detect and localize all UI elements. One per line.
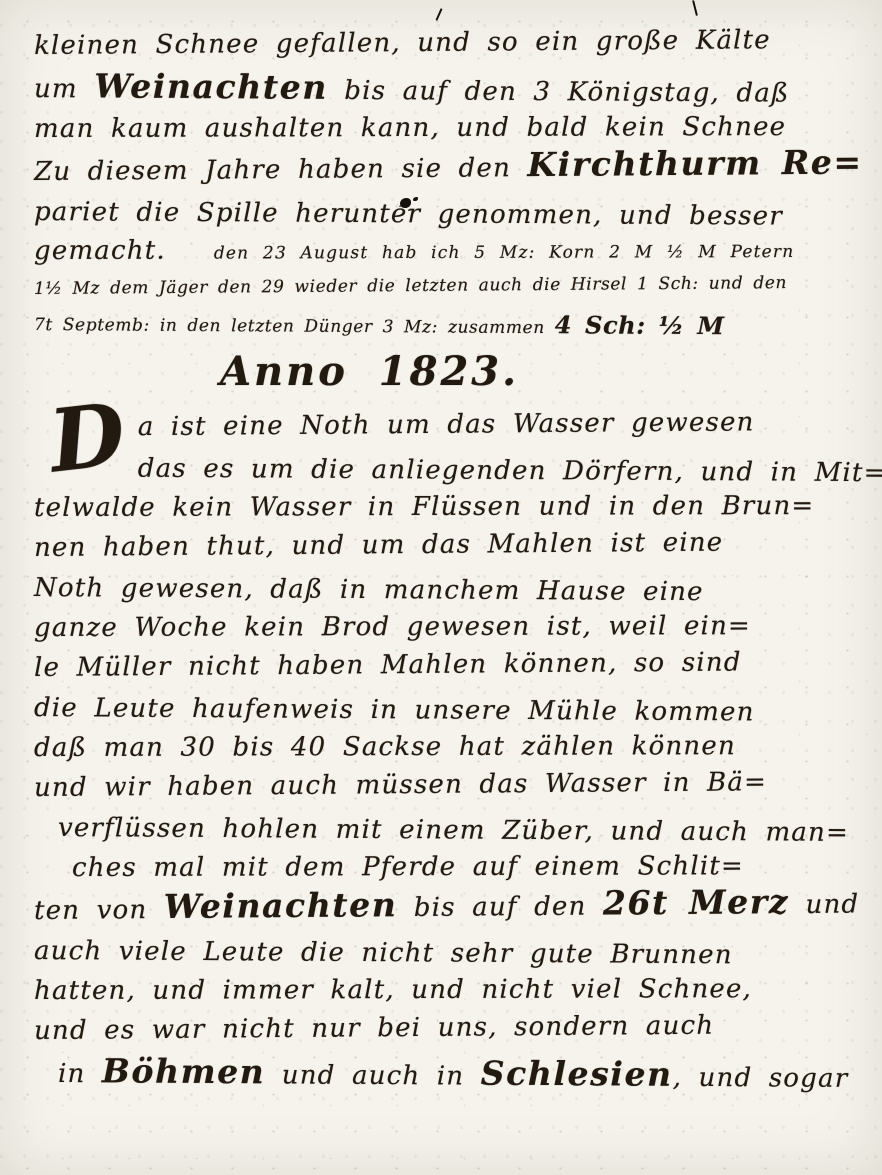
- manuscript-line: Zu diesem Jahre haben sie den Kirchthurm…: [34, 143, 858, 192]
- line-text: Zu diesem Jahre haben sie den: [34, 153, 528, 187]
- line-text: telwalde kein Wasser in Flüssen und in d…: [34, 491, 814, 523]
- line-text: verflüssen hohlen mit einem Züber, und a…: [58, 813, 849, 848]
- manuscript-line: kleinen Schnee gefallen, und so ein groß…: [34, 20, 858, 66]
- line-text: und wir haben auch müssen das Wasser in …: [34, 767, 767, 803]
- ledger-line: 1½ Mz dem Jäger den 29 wieder die letzte…: [34, 267, 858, 305]
- manuscript-line: in Böhmen und auch in Schlesien, und sog…: [58, 1051, 858, 1099]
- emphasized-word: 26t Merz: [603, 882, 789, 922]
- line-text: daß man 30 bis 40 Sackse hat zählen könn…: [34, 731, 736, 763]
- ledger-total: 4 Sch: ½ M: [555, 310, 725, 340]
- line-text: bis auf den: [397, 892, 603, 924]
- line-text: um: [34, 74, 94, 104]
- manuscript-line: le Müller nicht haben Mahlen können, so …: [34, 642, 858, 688]
- stray-pen-mark: [435, 8, 442, 21]
- line-text: und es war nicht nur bei uns, sondern au…: [34, 1011, 714, 1046]
- manuscript-page: kleinen Schnee gefallen, und so ein groß…: [0, 0, 882, 1175]
- ledger-note: den 23 August hab ich 5 Mz: Korn 2 M ½ M…: [214, 242, 795, 264]
- line-text: Noth gewesen, daß in manchem Hause eine: [34, 573, 704, 607]
- emphasized-word: Böhmen: [102, 1051, 266, 1091]
- line-text: , und sogar: [673, 1063, 849, 1094]
- emphasized-word: Schlesien: [481, 1054, 673, 1094]
- line-text: das es um die anliegenden Dörfern, und i…: [138, 454, 882, 489]
- line-text: kleinen Schnee gefallen, und so ein groß…: [34, 25, 771, 61]
- line-text: pariet die Spille herunter genommen, und…: [34, 197, 783, 232]
- line-text: und auch in: [265, 1060, 481, 1091]
- line-text: die Leute haufenweis in unsere Mühle kom…: [34, 693, 755, 727]
- line-text: nen haben thut, und um das Mahlen ist ei…: [34, 528, 724, 563]
- line-text: le Müller nicht haben Mahlen können, so …: [34, 647, 742, 683]
- manuscript-line: nen haben thut, und um das Mahlen ist ei…: [34, 522, 858, 568]
- manuscript-line: und es war nicht nur bei uns, sondern au…: [34, 1005, 858, 1051]
- ledger-line: 7t Septemb: in den letzten Dünger 3 Mz: …: [34, 305, 858, 347]
- line-text: hatten, und immer kalt, und nicht viel S…: [34, 974, 752, 1006]
- line-text: a ist eine Noth um das Wasser gewesen: [138, 407, 755, 442]
- stray-pen-mark: [692, 0, 698, 16]
- manuscript-line: Da ist eine Noth um das Wasser gewesen: [34, 402, 858, 448]
- manuscript-line: ten von Weinachten bis auf den 26t Merz …: [34, 882, 858, 931]
- line-text: ganze Woche kein Brod gewesen ist, weil …: [34, 611, 751, 643]
- emphasized-word: Weinachten: [94, 66, 328, 106]
- line-text: ten von: [34, 895, 164, 926]
- line-text: bis auf den 3 Königstag, daß: [328, 76, 790, 109]
- line-text: ches mal mit dem Pferde auf einem Schlit…: [72, 851, 744, 883]
- line-text: in: [58, 1059, 102, 1089]
- line-text: und: [789, 890, 859, 921]
- manuscript-line: und wir haben auch müssen das Wasser in …: [34, 762, 858, 808]
- line-text: 1½ Mz dem Jäger den 29 wieder die letzte…: [34, 273, 787, 299]
- heading-text: Anno 1823.: [220, 348, 519, 395]
- emphasized-word: Kirchthurm Re=: [527, 142, 862, 184]
- emphasized-word: Weinachten: [164, 885, 398, 926]
- line-text: 7t Septemb: in den letzten Dünger 3 Mz: …: [34, 315, 555, 338]
- section-heading-anno-1823: Anno 1823.: [220, 348, 858, 396]
- line-text: man kaum aushalten kann, und bald kein S…: [34, 112, 786, 144]
- line-text: gemacht.: [34, 236, 166, 266]
- line-text: auch viele Leute die nicht sehr gute Bru…: [34, 936, 733, 970]
